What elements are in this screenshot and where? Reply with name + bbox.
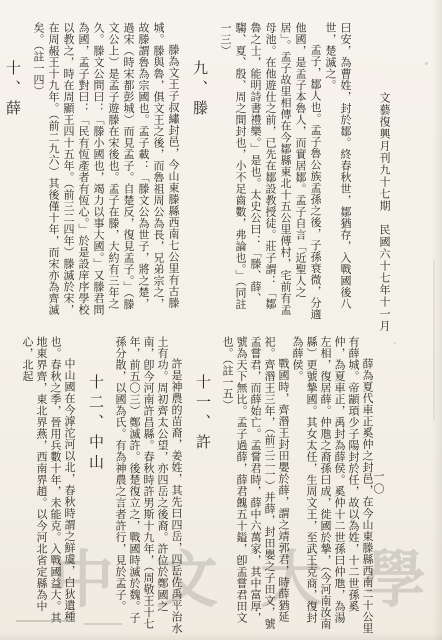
scan-artifact xyxy=(16,620,74,622)
scan-artifact xyxy=(425,62,428,65)
paragraph: 薛為夏代車正奚仲之封邑，在今山東滕縣西南二十公里有薛城。帝顓頊少子陽封於任，故以… xyxy=(290,336,374,634)
section-heading: 十一、許 xyxy=(192,336,211,634)
scan-artifact xyxy=(84,623,122,625)
text-band-top: 曰安，為曹姓，封於鄒。終春秋世，鄒猶存，入戰國後八世，楚滅之。孟子，鄒人也。孟子… xyxy=(0,22,352,320)
section-heading: 十二、中山 xyxy=(85,336,104,634)
paragraph: 孟子，鄒人也。孟子魯公族孟孫之後，子孫衰微，分適他國，是孟子本魯人，而實居鄒。孟… xyxy=(217,22,322,320)
section-heading: 十、薛 xyxy=(2,22,21,320)
paragraph: 中山國在今滹沱河以北，春秋時謂之鮮虞，白狄遺種也。春秋之季，晉用兵數十年，未能克… xyxy=(20,336,76,634)
scan-artifact xyxy=(394,342,396,344)
paragraph: 曰安，為曹姓，封於鄒。終春秋世，鄒猶存，入戰國後八世，楚滅之。 xyxy=(322,22,352,320)
section-heading: 九、滕 xyxy=(189,22,208,320)
paragraph: 滕為文王子叔繡封邑，今山東滕縣西南七公里有古滕城。滕與魯，俱文王之後，而魯祖周公… xyxy=(30,22,180,320)
paragraph: 許是神農的苗裔，姜姓，其先曰四岳，四岳佐禹平治水土有功。周初齊太公望，亦四岳之後… xyxy=(113,336,183,634)
journal-header: 文藝復興月刊九十七期 民國六十七年十一月 xyxy=(376,92,392,332)
scan-edge-shading xyxy=(0,632,442,640)
scan-edge-shading xyxy=(432,0,442,640)
scanned-page: 中文大學 文藝復興月刊九十七期 民國六十七年十一月 曰安，為曹姓，封於鄒。終春秋… xyxy=(0,0,442,640)
paragraph: 戰國時，齊湣王封田嬰於薛，謂之靖郭君，時薛猶延祀。齊湣王三年，（前三二一）并薛，… xyxy=(220,336,290,634)
text-band-bottom: 薛為夏代車正奚仲之封邑，在今山東滕縣西南二十公里有薛城。帝顓頊少子陽封於任，故以… xyxy=(20,336,374,634)
